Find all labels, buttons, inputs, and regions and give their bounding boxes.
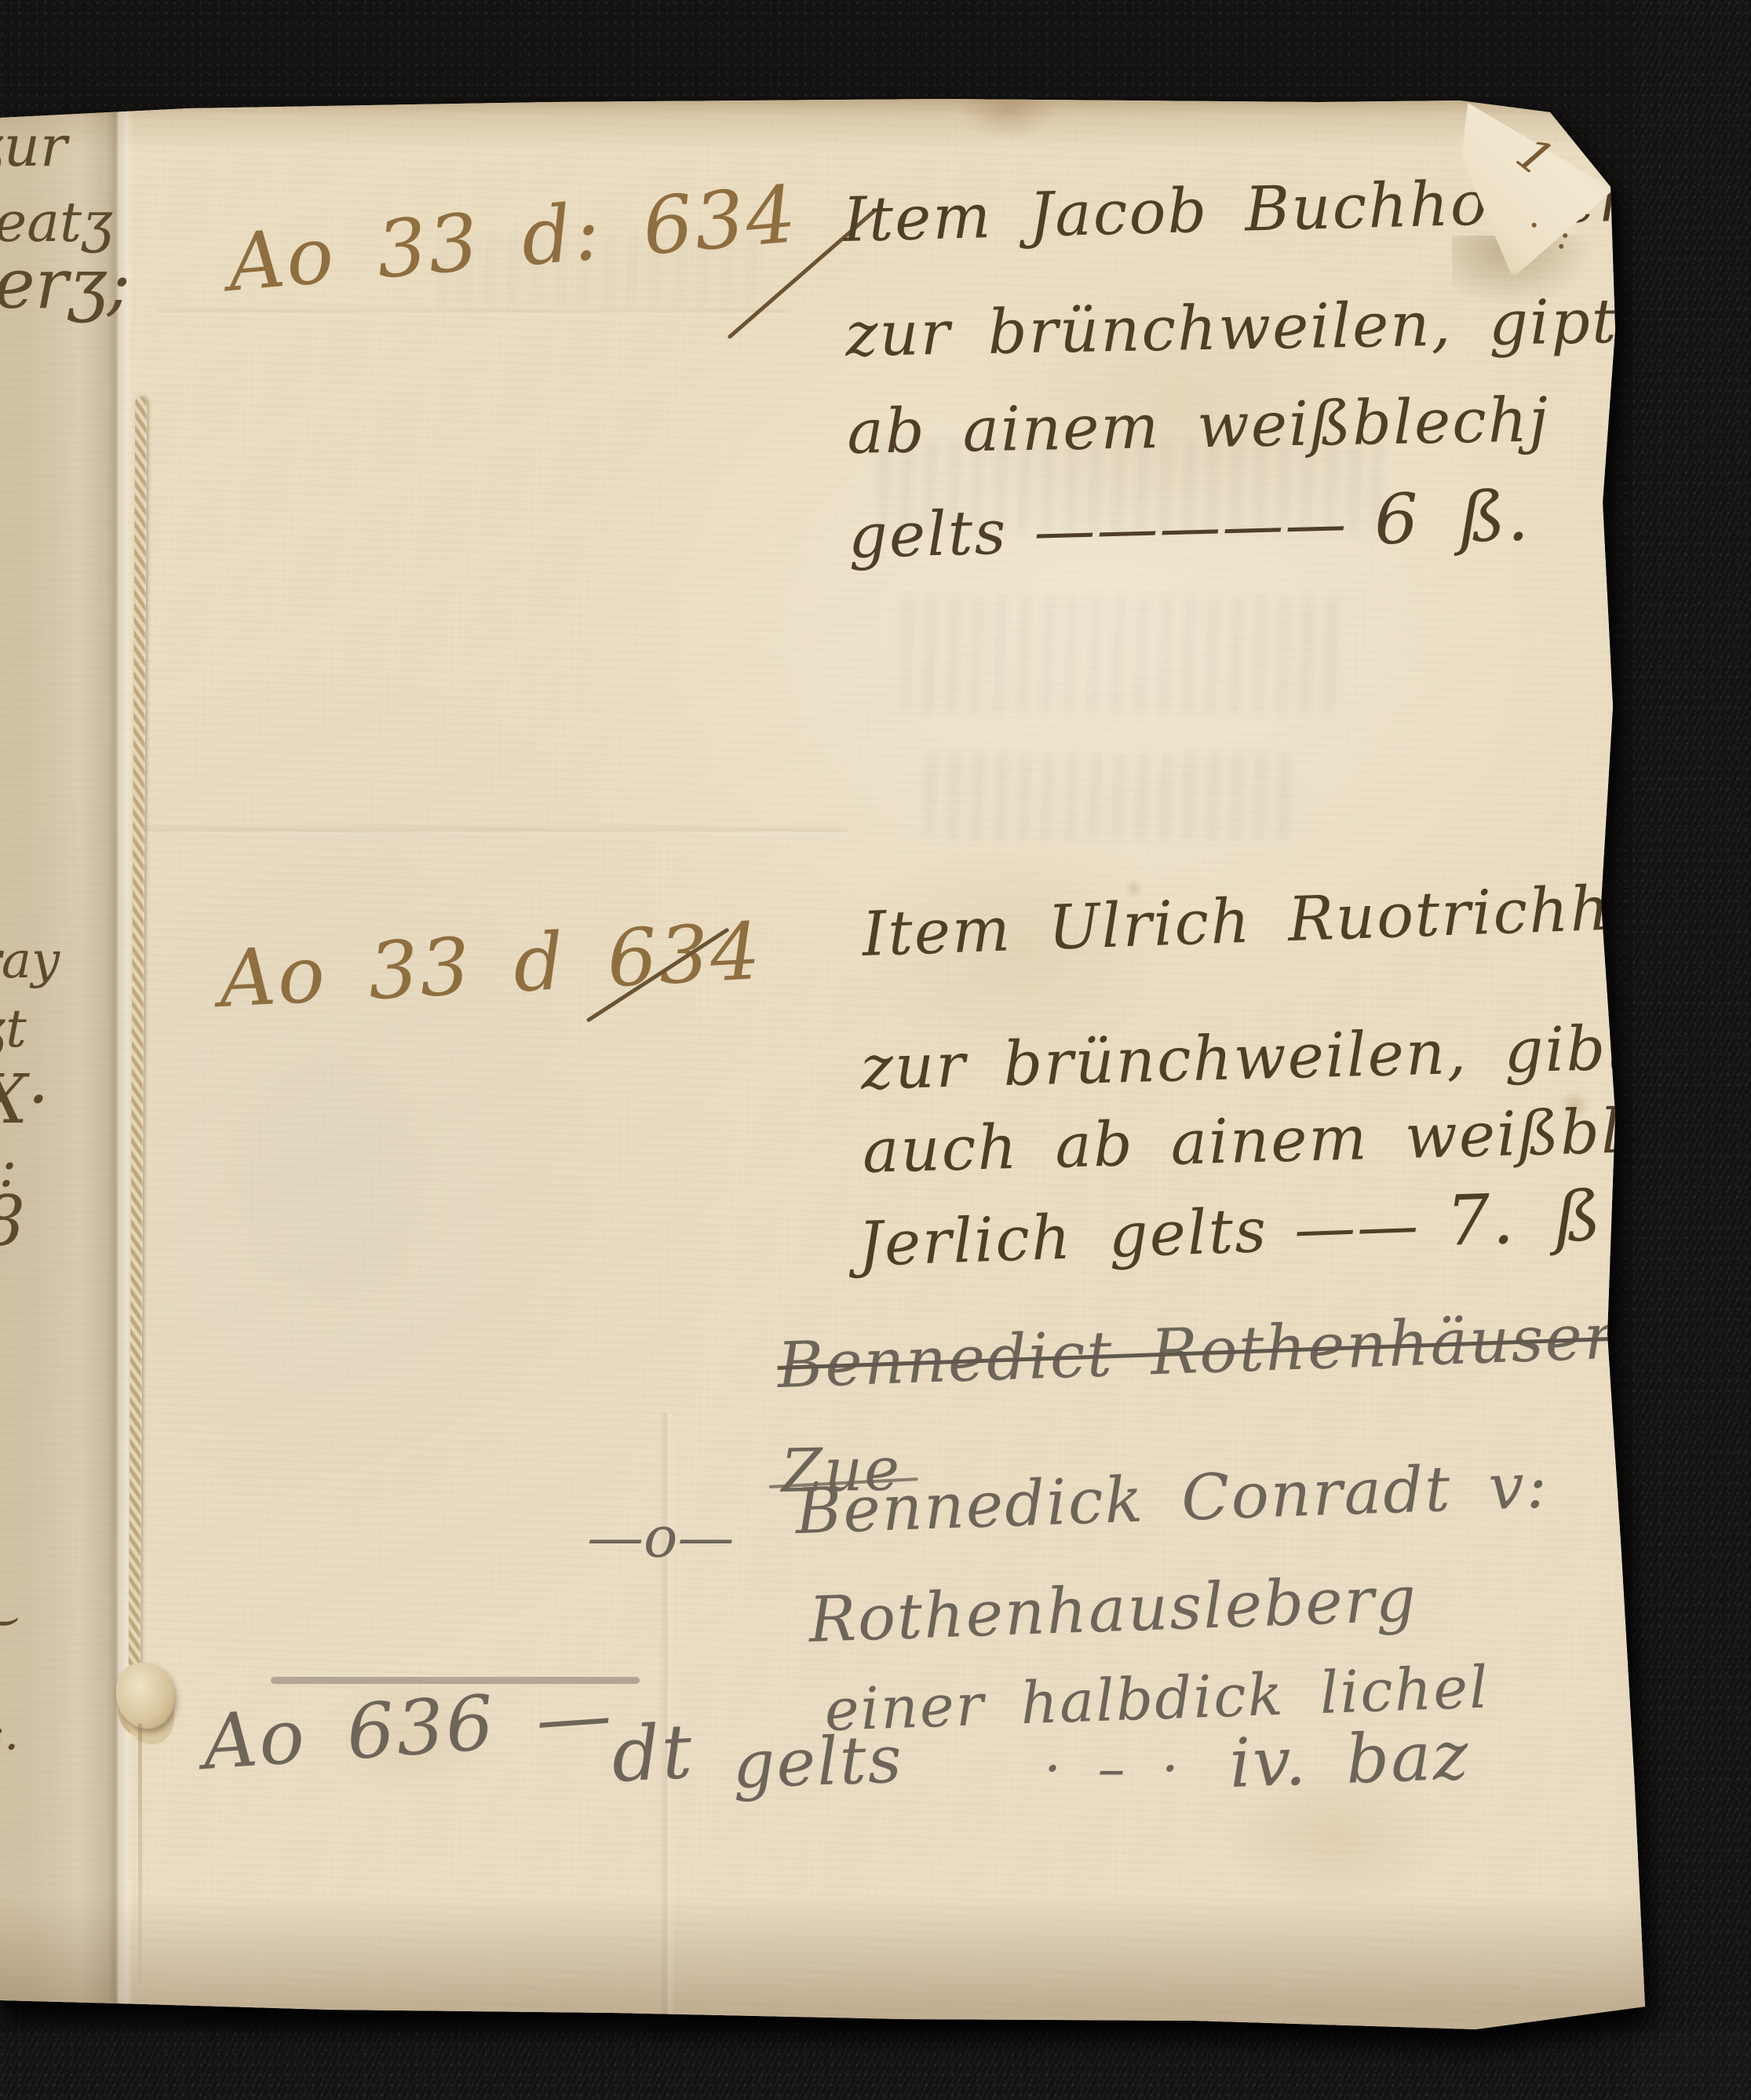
entry1-line2: zur brünchweilen, gipt Jerlich (845, 287, 1751, 366)
binding-thread (129, 396, 148, 1684)
margin-fragment: ⌣ (0, 1594, 16, 1641)
bleedthrough-ghost (926, 754, 1303, 840)
margin-fragment: geatʒ (0, 195, 113, 250)
entry2-line3: auch ab ainem weißblechj (862, 1097, 1751, 1182)
margin-fragment: uray (0, 936, 60, 986)
gutter-fold-crease (107, 86, 127, 2018)
entry3-line1: Bennedick Conradt v: (794, 1455, 1549, 1543)
manuscript-page: ʒur geatʒ herʒ; uray ʒt X· t: 8 ⌣ i· Ao … (0, 0, 1751, 2100)
bleedthrough-ghost (903, 597, 1342, 714)
entry2-line1: Item Ulrich Ruotrichhuser (861, 873, 1751, 966)
margin-fragment: ʒt (0, 1003, 27, 1055)
entry2-line2: zur brünchweilen, gibts (860, 1017, 1667, 1099)
horizontal-crease-top (157, 306, 785, 317)
entry1-amount-dash: ————— (1033, 493, 1348, 562)
binding-thread-crease-tail (138, 1723, 142, 1982)
entry2-amount-dash: —— (1293, 1195, 1421, 1261)
entry2-margin-date: Ao 33 d 634 (217, 912, 764, 1019)
horizontal-crease (141, 824, 848, 837)
entry3-bottom-label: gelts (731, 1726, 904, 1798)
entry3-bottom-date: Ao 636 — (200, 1677, 615, 1780)
margin-fragment: ʒur (0, 118, 67, 174)
entry1-amount-label: gelts (848, 502, 1008, 568)
page-shadow-wrap: ʒur geatʒ herʒ; uray ʒt X· t: 8 ⌣ i· Ao … (0, 0, 1751, 2100)
entry3-struck-name: Bennedict Rothenhäuser (776, 1306, 1616, 1397)
margin-fragment: i· (0, 1724, 19, 1771)
margin-fragment: herʒ; (0, 250, 130, 319)
entry3-bottom-dt: dt (610, 1714, 695, 1793)
entry3-bottom-dashes: · – · (1044, 1741, 1180, 1796)
entry2-amount-row: Jerlich gelts —— 7. ß — (857, 1178, 1713, 1276)
entry1-margin-date: Ao 33 d: 634 (224, 175, 801, 303)
entry2-amount-label: Jerlich gelts (857, 1200, 1268, 1276)
entry2-amount-value: 7. ß — (1445, 1178, 1713, 1256)
entry1-amount-row: gelts ————— 6 ß. (848, 481, 1531, 568)
entry1-line3: ab ainem weißblechj (847, 389, 1550, 463)
binding-thread-frayed-end (116, 1663, 174, 1729)
corner-fold (1458, 97, 1618, 282)
entry3-bottom-amount: iv. baz (1228, 1722, 1471, 1798)
entry3-null-mark: —o— (587, 1509, 734, 1565)
margin-fragment: X· (0, 1066, 49, 1134)
entry3-line2: Rothenhausleberg (808, 1568, 1418, 1652)
margin-fragment: 8 (0, 1187, 25, 1256)
entry1-amount-value: 6 ß. (1373, 481, 1531, 554)
manuscript-scan: ʒur geatʒ herʒ; uray ʒt X· t: 8 ⌣ i· Ao … (0, 0, 1751, 2100)
